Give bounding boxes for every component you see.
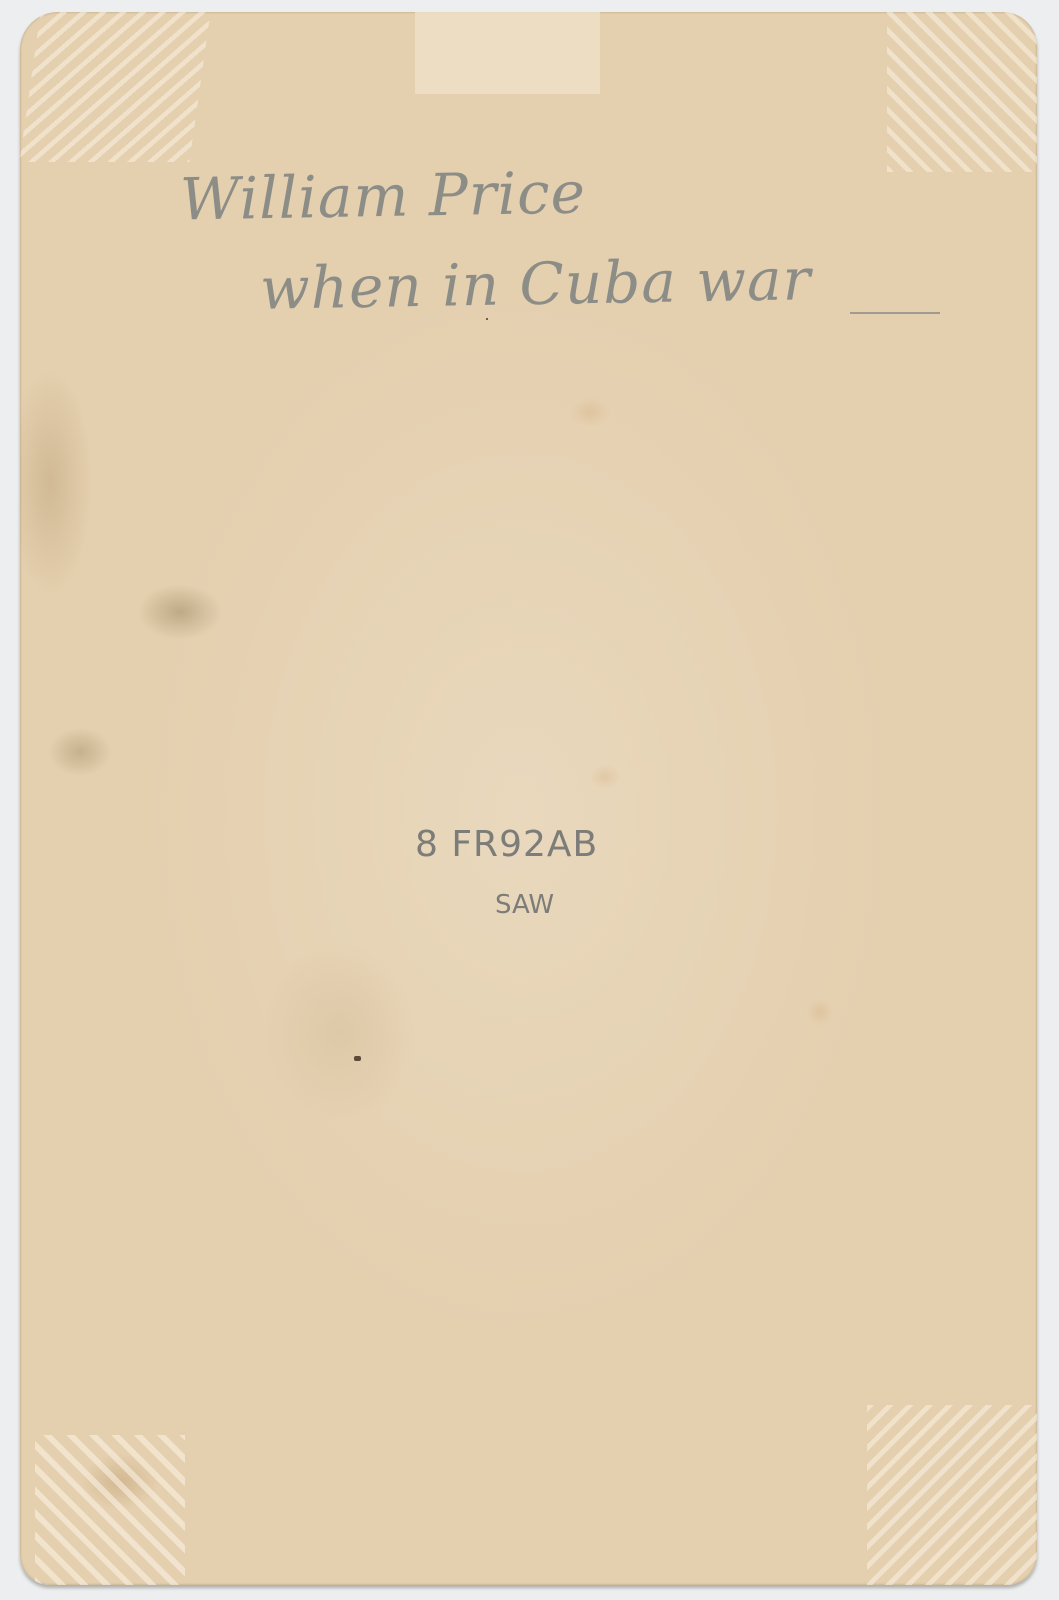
corner-scuff-bottom-left [35,1435,185,1585]
dirt-speck-small [486,318,488,320]
inscription-name: William Price [179,158,586,233]
inscription-underline [850,312,940,314]
catalog-initials: SAW [495,890,554,920]
inscription-note: when in Cuba war [259,245,811,323]
corner-scuff-top-left [20,12,211,162]
dirt-speck [354,1056,361,1061]
corner-scuff-bottom-right [867,1405,1037,1585]
corner-scuff-top-right [887,12,1037,172]
top-tab-patch [415,12,600,94]
catalog-code: 8 FR92AB [415,824,598,865]
cabinet-card-back: William Price when in Cuba war 8 FR92AB … [20,12,1037,1585]
